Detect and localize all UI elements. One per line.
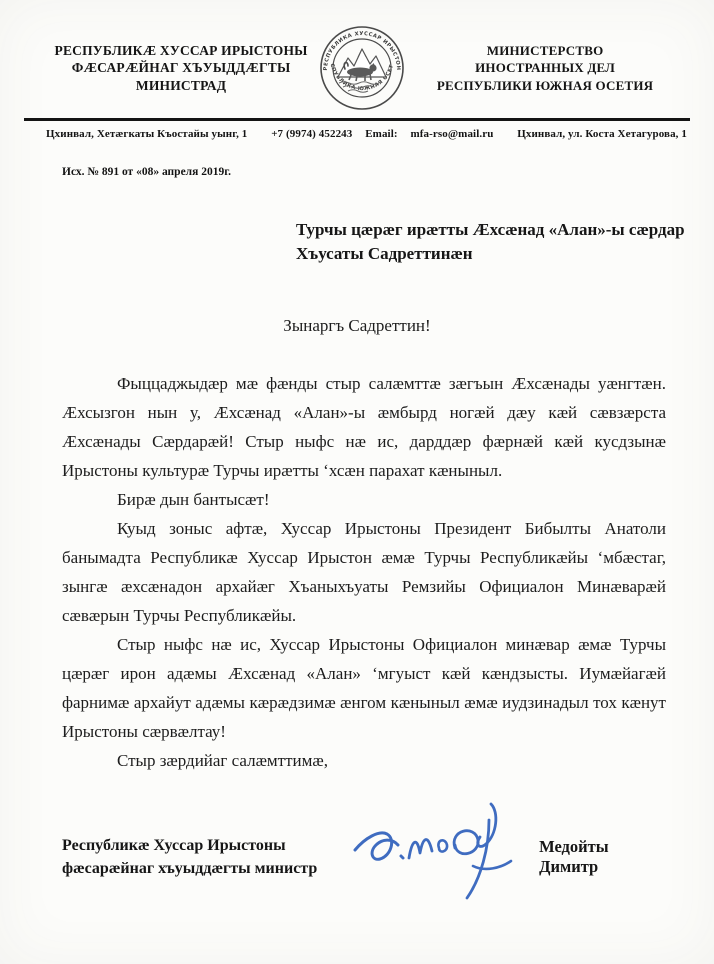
email-label: Email:	[365, 128, 397, 140]
contact-line: Цхинвал, Хетæгкаты Къостайы уынг, 1 +7 (…	[0, 121, 714, 140]
body-paragraph: Куыд зоныс афтæ, Хуссар Ирыстоны Президе…	[62, 514, 666, 630]
signature-block: Республикæ Хуссар Ирыстоны фæсарæйнаг хъ…	[0, 812, 714, 902]
ministry-title-ossetian: РЕСПУБЛИКÆ ХУССАР ИРЫСТОНЫ ФÆСАРÆЙНАГ ХЪ…	[44, 42, 318, 95]
letterhead: РЕСПУБЛИКÆ ХУССАР ИРЫСТОНЫ ФÆСАРÆЙНАГ ХЪ…	[0, 0, 714, 114]
ministry-title-russian: МИНИСТЕРСТВО ИНОСТРАННЫХ ДЕЛ РЕСПУБЛИКИ …	[406, 42, 684, 95]
email-address: mfa-rso@mail.ru	[411, 128, 494, 140]
body-paragraph: Стыр ныфс нæ ис, Хуссар Ирыстоны Официал…	[62, 630, 666, 746]
body-paragraph: Фыццаджыдæр мæ фæнды стыр салæмттæ зæгъы…	[62, 369, 666, 485]
address-ossetian: Цхинвал, Хетæгкаты Къостайы уынг, 1	[46, 128, 247, 140]
signer-name: Медойты Димитр	[539, 837, 666, 877]
handwritten-signature-image	[349, 790, 517, 902]
letter-body: Фыццаджыдæр мæ фæнды стыр салæмттæ зæгъы…	[0, 369, 714, 775]
state-emblem-seal: РЕСПУБЛИКА ХУССАР ИРЫСТОН РЕСПУБЛИКА ЮЖН…	[318, 24, 406, 112]
addressee-block: Турчы цæрæг ирæтты Æхсæнад «Алан»-ы сæрд…	[296, 218, 688, 266]
letter-page: РЕСПУБЛИКÆ ХУССАР ИРЫСТОНЫ ФÆСАРÆЙНАГ ХЪ…	[0, 0, 714, 964]
outgoing-reference-number: Исх. № 891 от «08» апреля 2019г.	[62, 166, 714, 178]
body-paragraph: Бирæ дын бантысæт!	[62, 485, 666, 514]
coat-of-arms-icon: РЕСПУБЛИКА ХУССАР ИРЫСТОН РЕСПУБЛИКА ЮЖН…	[318, 24, 406, 112]
phone-number: +7 (9974) 452243	[271, 128, 352, 140]
salutation: Зынаргъ Садреттин!	[0, 316, 714, 336]
closing-line: Стыр зæрдийаг салæмттимæ,	[62, 746, 666, 775]
signer-position-title: Республикæ Хуссар Ирыстоны фæсарæйнаг хъ…	[62, 834, 341, 880]
address-russian: Цхинвал, ул. Коста Хетагурова, 1	[517, 128, 687, 140]
phone-email-group: +7 (9974) 452243 Email: mfa-rso@mail.ru	[271, 128, 493, 140]
